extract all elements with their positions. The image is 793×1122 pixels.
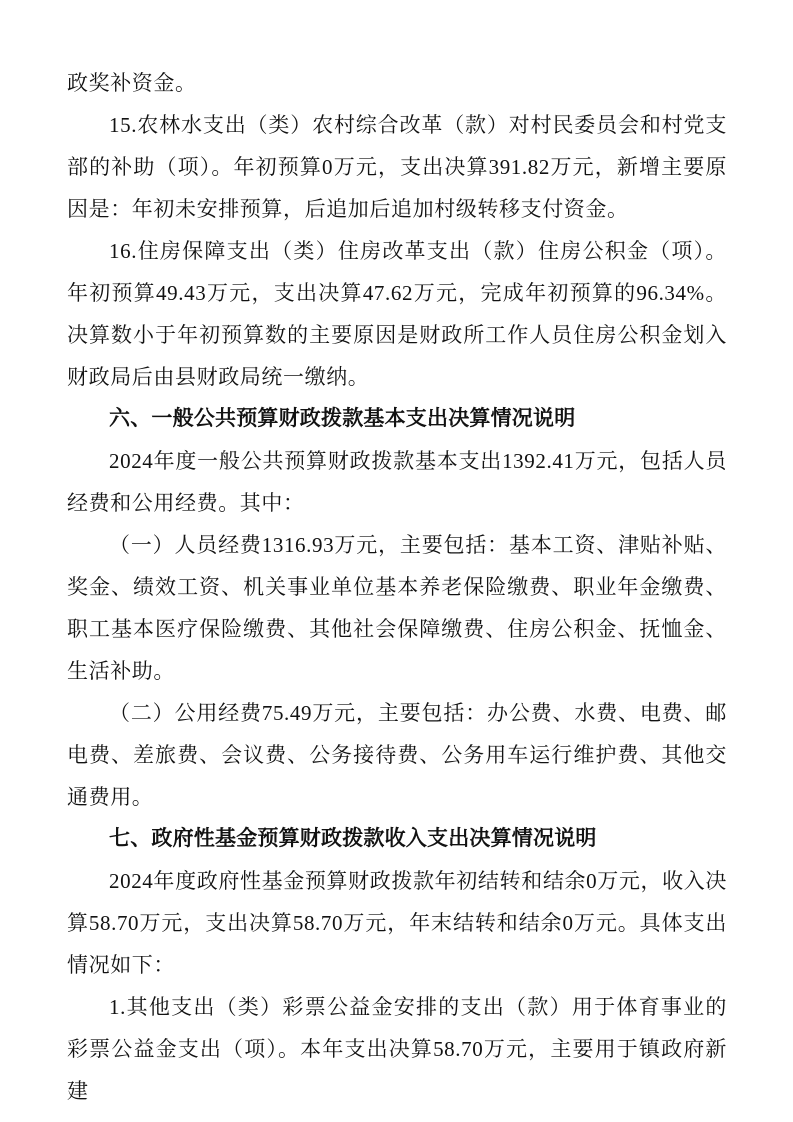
- continuation-paragraph: 政奖补资金。: [67, 62, 727, 104]
- item-16-paragraph: 16.住房保障支出（类）住房改革支出（款）住房公积金（项）。年初预算49.43万…: [67, 230, 727, 398]
- document-page: 政奖补资金。 15.农林水支出（类）农村综合改革（款）对村民委员会和村党支部的补…: [0, 0, 793, 1122]
- section-6-heading: 六、一般公共预算财政拨款基本支出决算情况说明: [67, 398, 727, 440]
- section-7-heading: 七、政府性基金预算财政拨款收入支出决算情况说明: [67, 818, 727, 860]
- section-7-intro-paragraph: 2024年度政府性基金预算财政拨款年初结转和结余0万元，收入决算58.70万元，…: [67, 860, 727, 986]
- item-15-paragraph: 15.农林水支出（类）农村综合改革（款）对村民委员会和村党支部的补助（项）。年初…: [67, 104, 727, 230]
- personnel-expense-paragraph: （一）人员经费1316.93万元，主要包括：基本工资、津贴补贴、奖金、绩效工资、…: [67, 524, 727, 692]
- gov-fund-item-1-paragraph: 1.其他支出（类）彩票公益金安排的支出（款）用于体育事业的彩票公益金支出（项）。…: [67, 986, 727, 1112]
- section-6-intro-paragraph: 2024年度一般公共预算财政拨款基本支出1392.41万元，包括人员经费和公用经…: [67, 440, 727, 524]
- public-expense-paragraph: （二）公用经费75.49万元，主要包括：办公费、水费、电费、邮电费、差旅费、会议…: [67, 692, 727, 818]
